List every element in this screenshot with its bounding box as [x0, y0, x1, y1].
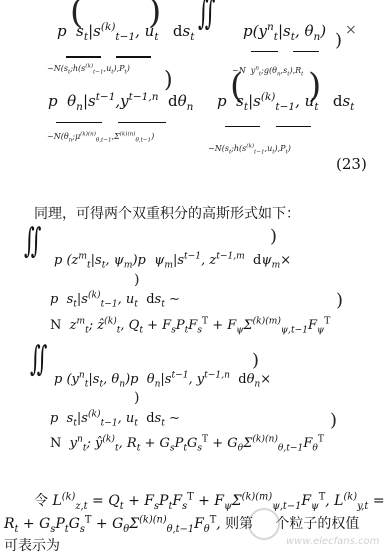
- eq23-row2-term2-under: ~N(st;h(s(k)t−1,ut),Pt): [208, 144, 291, 153]
- underbrace-2: [116, 56, 151, 58]
- paragraph-similarly: 同理，可得两个双重积分的高斯形式如下：: [34, 203, 300, 223]
- double-integral-y: ∬: [30, 342, 47, 376]
- paren-y-1: ): [252, 350, 259, 371]
- paragraph2-line3: 可表示为: [4, 535, 60, 555]
- integral-z-line1: p (zmt|st, ψm)p ψm|st−1, zt−1,m dψm×: [54, 253, 291, 268]
- underbrace-4: [293, 51, 319, 52]
- paren-z-2: ): [134, 272, 139, 288]
- eq23-row1-term2: p(ynt|st, θn): [243, 22, 326, 40]
- underbrace-8: [276, 126, 311, 127]
- integral-z-line3: N zmt; ẑ(k)t, Qt + FsPtFsT + FψΣ(k)(m)ψ,…: [50, 318, 330, 333]
- eq23-row1-term1: p st|s(k)t−1, ut dst: [57, 22, 194, 40]
- eq23-row2-term1-under: ~N(θn;μ(k)(n)θ,t−1,Σ(k)(n)θ,t−1): [47, 132, 154, 141]
- underbrace-6: [118, 122, 166, 123]
- big-paren-right-2: ): [164, 68, 173, 93]
- eq23-row1-term1-under: ~N(st;h(s(k)t−1,ut),Pt): [47, 64, 130, 73]
- double-integral-z: ∬: [24, 224, 41, 258]
- underbrace-1: [66, 56, 101, 58]
- underbrace-5: [56, 122, 102, 123]
- paren-close: ): [335, 30, 342, 51]
- watermark-text: www.elecfans.com: [286, 536, 379, 547]
- watermark-logo-icon: [248, 508, 280, 540]
- integral-y-line1: p (ynt|st, θn)p θn|st−1, yt−1,n dθn×: [54, 372, 271, 387]
- double-integral-1: ∬: [198, 0, 215, 30]
- underbrace-7: [225, 126, 260, 127]
- paragraph2-line1: 令 L(k)z,t = Qt + FsPtFsT + FψΣ(k)(m)ψ,t−…: [34, 490, 385, 510]
- eq23-row2-term1: p θn|st−1,yt−1,n dθn: [48, 92, 193, 110]
- paren-z-1: ): [270, 226, 277, 247]
- eq23-row2-term2: p st|s(k)t−1, ut dst: [217, 92, 354, 110]
- integral-y-line2: p st|s(k)t−1, ut dst ∼: [50, 411, 180, 426]
- paren-z-3: ): [336, 290, 343, 311]
- paren-y-3: ): [330, 410, 337, 431]
- integral-y-line3: N ynt; ŷ(k)t, Rt + GsPtGsT + GθΣ(k)(n)θ,…: [50, 436, 324, 451]
- underbrace-3: [251, 51, 278, 52]
- times-sign: ×: [345, 22, 357, 38]
- paren-y-2: ): [134, 390, 139, 406]
- integral-z-line2: p st|s(k)t−1, ut dst ∼: [50, 292, 180, 307]
- equation-number: (23): [336, 155, 367, 173]
- paragraph2-line2: Rt + GsPtGsT + GθΣ(k)(n)θ,t−1FθT, 则第 个粒子…: [4, 513, 359, 533]
